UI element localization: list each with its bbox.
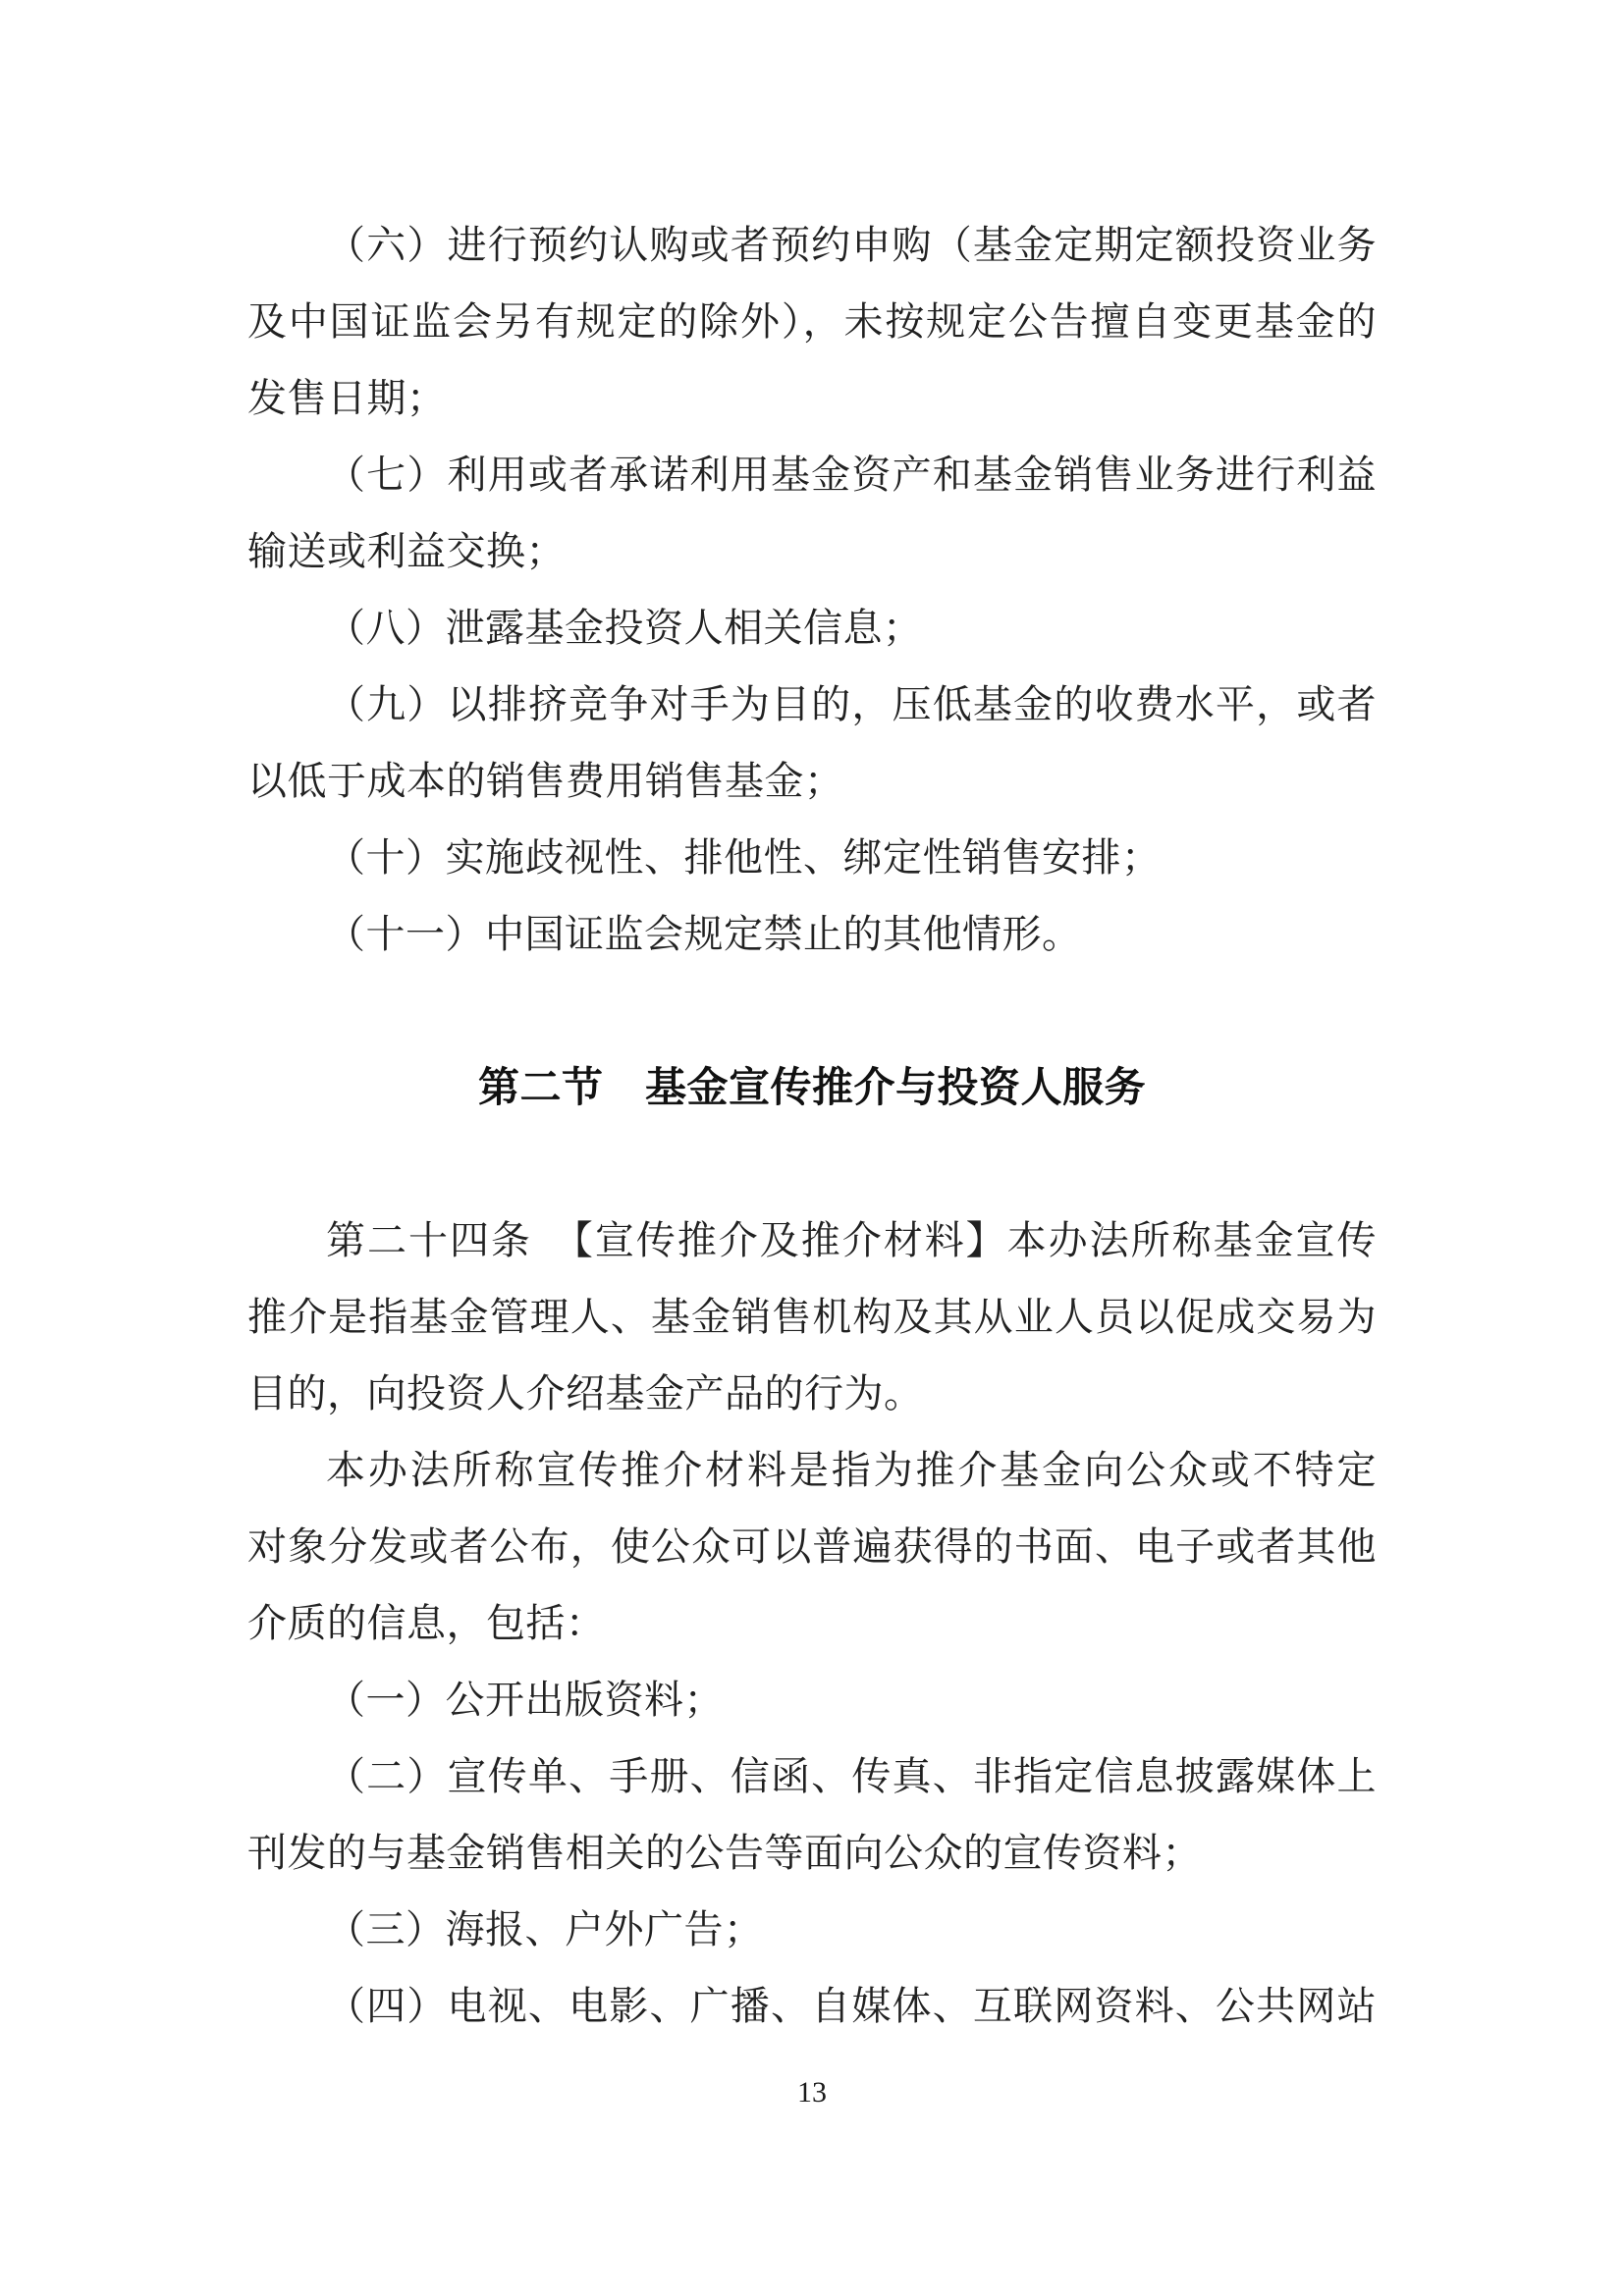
document-page: （六）进行预约认购或者预约申购（基金定期定额投资业务及中国证监会另有规定的除外）… bbox=[0, 0, 1624, 2296]
text-line: （十一）中国证监会规定禁止的其他情形。 bbox=[247, 896, 1377, 973]
text-line: （二）宣传单、手册、信函、传真、非指定信息披露媒体上 bbox=[247, 1738, 1377, 1815]
text-line: 输送或利益交换； bbox=[247, 513, 1377, 590]
text-line: （七）利用或者承诺利用基金资产和基金销售业务进行利益 bbox=[247, 437, 1377, 513]
text-line: （九）以排挤竞争对手为目的，压低基金的收费水平，或者 bbox=[247, 667, 1377, 743]
text-line: 推介是指基金管理人、基金销售机构及其从业人员以促成交易为 bbox=[247, 1279, 1377, 1356]
text-line: （一）公开出版资料； bbox=[247, 1662, 1377, 1738]
page-number: 13 bbox=[797, 2076, 827, 2109]
section-heading: 第二节 基金宣传推介与投资人服务 bbox=[247, 1049, 1377, 1126]
page-footer: 13 bbox=[0, 2073, 1624, 2112]
page-content: （六）进行预约认购或者预约申购（基金定期定额投资业务及中国证监会另有规定的除外）… bbox=[247, 207, 1377, 2045]
section-heading-text: 第二节 基金宣传推介与投资人服务 bbox=[247, 1049, 1377, 1126]
text-line: 第二十四条 【宣传推介及推介材料】本办法所称基金宣传 bbox=[247, 1202, 1377, 1279]
paragraph: （三）海报、户外广告； bbox=[247, 1892, 1377, 1968]
paragraph: （九）以排挤竞争对手为目的，压低基金的收费水平，或者以低于成本的销售费用销售基金… bbox=[247, 667, 1377, 820]
text-line: （四）电视、电影、广播、自媒体、互联网资料、公共网站 bbox=[247, 1968, 1377, 2045]
paragraph: （七）利用或者承诺利用基金资产和基金销售业务进行利益输送或利益交换； bbox=[247, 437, 1377, 590]
text-line: 目的，向投资人介绍基金产品的行为。 bbox=[247, 1356, 1377, 1432]
paragraph: （十一）中国证监会规定禁止的其他情形。 bbox=[247, 896, 1377, 973]
text-line: 对象分发或者公布，使公众可以普遍获得的书面、电子或者其他 bbox=[247, 1509, 1377, 1585]
paragraph: 本办法所称宣传推介材料是指为推介基金向公众或不特定对象分发或者公布，使公众可以普… bbox=[247, 1432, 1377, 1662]
paragraph: （八）泄露基金投资人相关信息； bbox=[247, 590, 1377, 667]
text-line: （十）实施歧视性、排他性、绑定性销售安排； bbox=[247, 820, 1377, 896]
paragraph: 第二十四条 【宣传推介及推介材料】本办法所称基金宣传推介是指基金管理人、基金销售… bbox=[247, 1202, 1377, 1432]
text-line: 介质的信息，包括： bbox=[247, 1585, 1377, 1662]
text-line: 刊发的与基金销售相关的公告等面向公众的宣传资料； bbox=[247, 1815, 1377, 1892]
text-line: 发售日期； bbox=[247, 360, 1377, 437]
text-line: （八）泄露基金投资人相关信息； bbox=[247, 590, 1377, 667]
paragraph: （十）实施歧视性、排他性、绑定性销售安排； bbox=[247, 820, 1377, 896]
text-line: 及中国证监会另有规定的除外），未按规定公告擅自变更基金的 bbox=[247, 284, 1377, 360]
text-line: （六）进行预约认购或者预约申购（基金定期定额投资业务 bbox=[247, 207, 1377, 284]
paragraph: （六）进行预约认购或者预约申购（基金定期定额投资业务及中国证监会另有规定的除外）… bbox=[247, 207, 1377, 437]
text-line: （三）海报、户外广告； bbox=[247, 1892, 1377, 1968]
text-line: 本办法所称宣传推介材料是指为推介基金向公众或不特定 bbox=[247, 1432, 1377, 1509]
paragraph: （四）电视、电影、广播、自媒体、互联网资料、公共网站 bbox=[247, 1968, 1377, 2045]
paragraph: （一）公开出版资料； bbox=[247, 1662, 1377, 1738]
text-line: 以低于成本的销售费用销售基金； bbox=[247, 743, 1377, 820]
paragraph: （二）宣传单、手册、信函、传真、非指定信息披露媒体上刊发的与基金销售相关的公告等… bbox=[247, 1738, 1377, 1892]
